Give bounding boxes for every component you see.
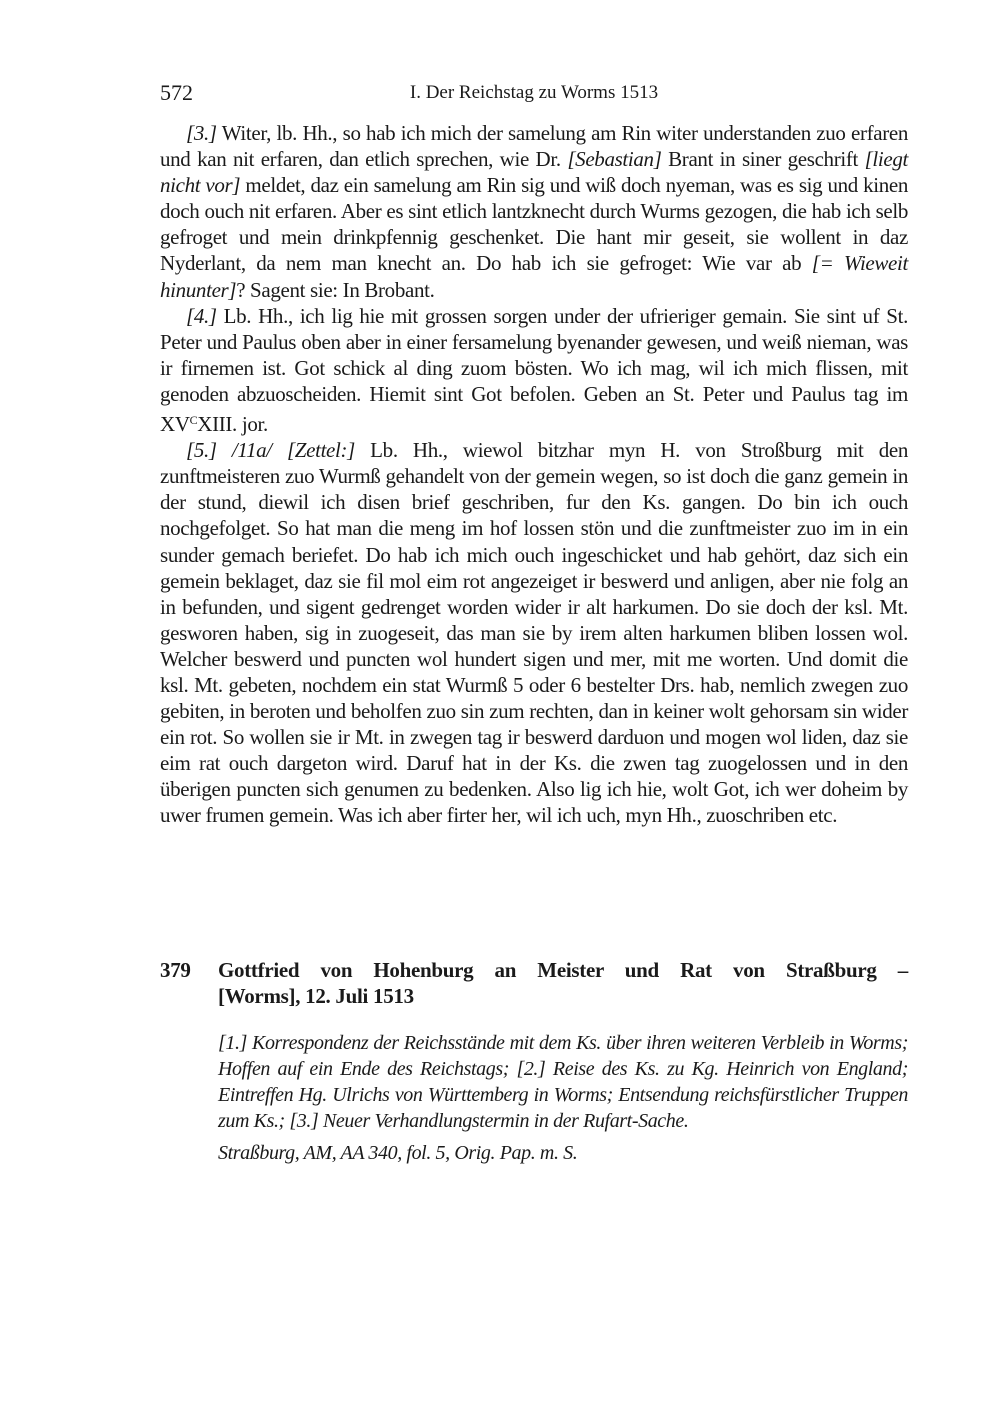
paragraph-5: [5.] /11a/ [Zettel:] Lb. Hh., wiewol bit… [160,437,908,828]
document-heading: 379 Gottfried von Hohenburg an Meister u… [160,957,908,1009]
text-run: meldet, daz ein samelung am Rin sig und … [160,173,908,275]
document-title-line-1: Gottfried von Hohenburg an Meister und R… [218,957,908,983]
paragraph-marker: [5.] /11a/ [Zettel:] [186,438,355,462]
editorial-insertion: [Sebastian] [567,147,661,171]
letter-body: [3.] Witer, lb. Hh., so hab ich mich der… [160,120,908,829]
text-run: ? Sagent sie: In Brobant. [236,278,434,302]
document-title-line-2: [Worms], 12. Juli 1513 [218,984,414,1008]
text-run: Lb. Hh., wiewol bitzhar myn H. von Stroß… [160,438,908,827]
running-head: 572 I. Der Reichstag zu Worms 1513 [160,80,908,108]
document-number: 379 [160,957,218,1009]
paragraph-3: [3.] Witer, lb. Hh., so hab ich mich der… [160,120,908,303]
document-title: Gottfried von Hohenburg an Meister und R… [218,957,908,1009]
archival-source: Straßburg, AM, AA 340, fol. 5, Orig. Pap… [218,1140,908,1166]
paragraph-marker: [3.] [186,121,217,145]
text-run: Brant in siner geschrift [662,147,865,171]
paragraph-4: [4.] Lb. Hh., ich lig hie mit grossen so… [160,303,908,437]
text-run: Lb. Hh., ich lig hie mit grossen sorgen … [160,304,908,436]
regest: [1.] Korrespondenz der Reichsstände mit … [218,1030,908,1166]
regest-summary: [1.] Korrespondenz der Reichsstände mit … [218,1030,908,1134]
running-head-title: I. Der Reichstag zu Worms 1513 [160,82,908,104]
paragraph-marker: [4.] [186,304,217,328]
text-run: XIII. jor. [197,412,268,436]
